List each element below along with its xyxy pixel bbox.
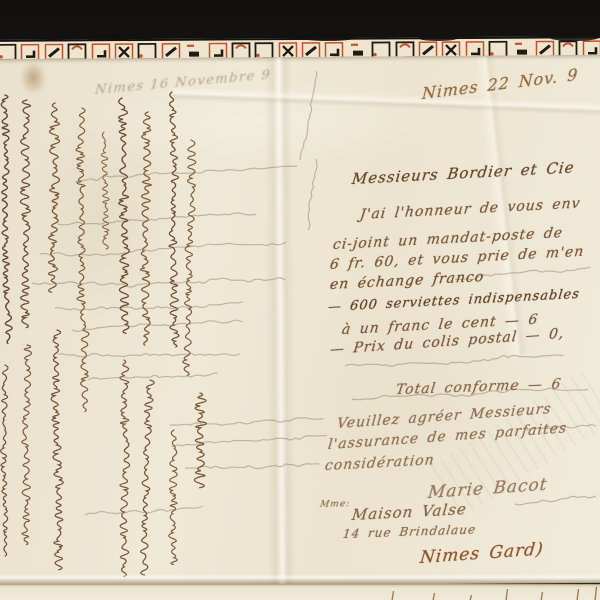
paper-fold-edge [0, 574, 600, 584]
ink-stroke-tip [470, 595, 472, 600]
paper-crease-horizontal [172, 86, 600, 116]
ink-stroke-tip [595, 587, 597, 600]
ink-stain [20, 61, 46, 95]
next-page-ink-tips [0, 585, 600, 600]
dark-edge-blob [86, 34, 132, 41]
paper-crease-vertical [475, 55, 528, 355]
ink-stroke-tip [506, 589, 508, 600]
dark-edge-blob [298, 33, 358, 41]
next-page-edge [0, 584, 600, 600]
paper-crease-diagonal [424, 369, 600, 521]
ink-stroke-tip [392, 591, 394, 600]
dark-edge-blob [548, 33, 600, 41]
paper-crease-vertical [264, 57, 296, 585]
letter-paper [0, 55, 600, 587]
ink-stroke-tip [433, 593, 435, 600]
ink-stroke-tip [541, 592, 543, 600]
letter-scan: Nimes 22 Nov. 9Messieurs Bordier et CieJ… [0, 0, 600, 600]
dark-edge-blob [418, 35, 458, 41]
ink-stroke-tip [577, 589, 579, 600]
